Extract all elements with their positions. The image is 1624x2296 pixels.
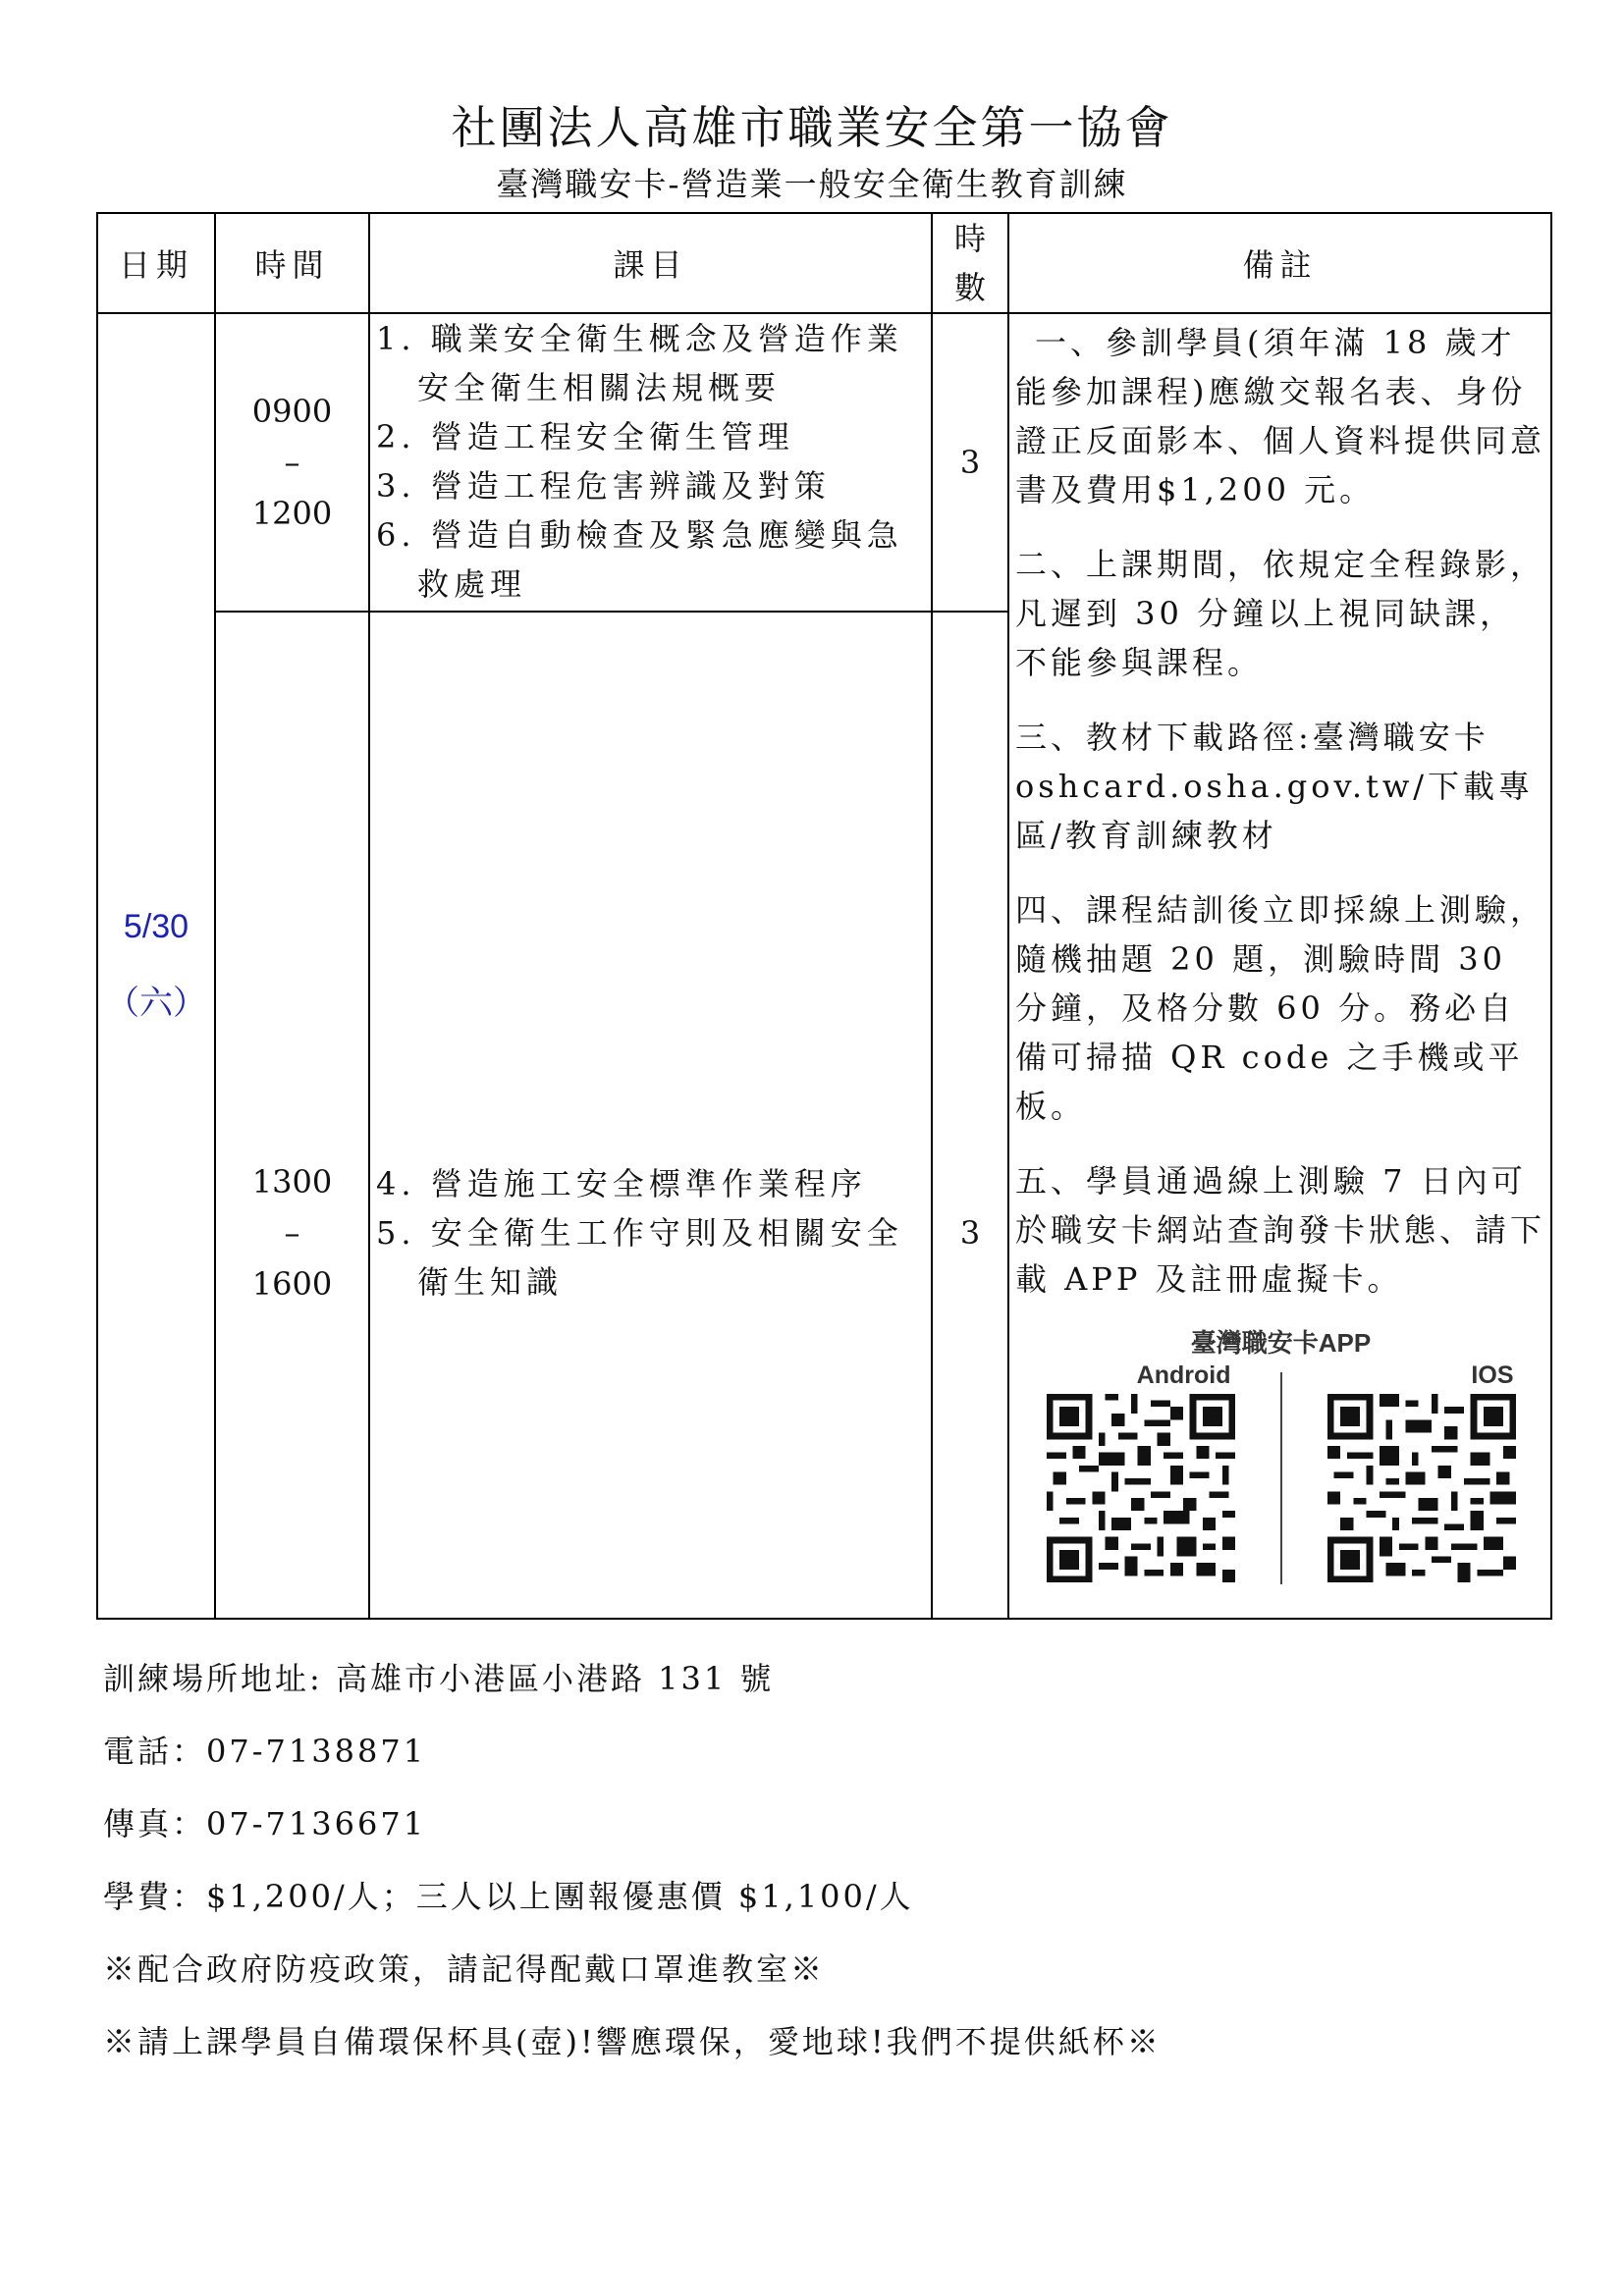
weekday-value: （六） (98, 976, 214, 1024)
header-hours: 時 數 (932, 213, 1008, 313)
note-item: 一、參訓學員(須年滿 18 歲才能參加課程)應繳交報名表、身份證正反面影本、個人… (1015, 318, 1546, 514)
header-course: 課目 (369, 213, 932, 313)
time-cell-afternoon: 1300 – 1600 (215, 612, 369, 1619)
course-item: 5. 安全衛生工作守則及相關安全衛生知識 (376, 1208, 925, 1307)
hours-cell-morning: 3 (932, 313, 1008, 612)
header-time: 時間 (215, 213, 369, 313)
phone-number: 電話：07-7138871 (103, 1732, 426, 1771)
app-download-block: 臺灣職安卡APP Android (1015, 1327, 1546, 1596)
note-item: 三、教材下載路徑:臺灣職安卡 oshcard.osha.gov.tw/下載專區/… (1015, 713, 1546, 860)
cup-notice: ※請上課學員自備環保杯具(壺)!響應環保，愛地球!我們不提供紙杯※ (103, 2022, 1162, 2061)
note-item: 五、學員通過線上測驗 7 日內可於職安卡網站查詢發卡狀態、請下載 APP 及註冊… (1015, 1156, 1546, 1304)
qr-divider (1280, 1372, 1282, 1584)
table-header-row: 日期 時間 課目 時 數 備註 (97, 213, 1551, 313)
schedule-table: 日期 時間 課目 時 數 備註 5/30 （六） 0900 – 1200 1. … (96, 212, 1552, 1620)
course-cell-afternoon: 4. 營造施工安全標準作業程序 5. 安全衛生工作守則及相關安全衛生知識 (369, 612, 932, 1619)
header-date: 日期 (97, 213, 215, 313)
tuition-fee: 學費：$1,200/人；三人以上團報優惠價 $1,100/人 (103, 1877, 914, 1916)
ios-label: IOS (1324, 1361, 1520, 1390)
android-qr-code-icon[interactable] (1047, 1394, 1235, 1582)
date-cell: 5/30 （六） (97, 313, 215, 1619)
mask-notice: ※配合政府防疫政策，請記得配戴口罩進教室※ (103, 1949, 825, 1989)
course-item: 4. 營造施工安全標準作業程序 (376, 1159, 925, 1208)
time-cell-morning: 0900 – 1200 (215, 313, 369, 612)
course-item: 2. 營造工程安全衛生管理 (376, 412, 925, 461)
course-item: 3. 營造工程危害辨識及對策 (376, 461, 925, 510)
note-item: 四、課程結訓後立即採線上測驗，隨機抽題 20 題，測驗時間 30 分鐘，及格分數… (1015, 885, 1546, 1131)
ios-qr-code-icon[interactable] (1327, 1394, 1516, 1582)
table-row: 5/30 （六） 0900 – 1200 1. 職業安全衛生概念及營造作業安全衛… (97, 313, 1551, 612)
android-label: Android (1043, 1361, 1239, 1390)
fax-number: 傳真：07-7136671 (103, 1804, 426, 1843)
course-item: 6. 營造自動檢查及緊急應變與急救處理 (376, 510, 925, 609)
hours-cell-afternoon: 3 (932, 612, 1008, 1619)
notes-cell: 一、參訓學員(須年滿 18 歲才能參加課程)應繳交報名表、身份證正反面影本、個人… (1008, 313, 1551, 1619)
course-cell-morning: 1. 職業安全衛生概念及營造作業安全衛生相關法規概要 2. 營造工程安全衛生管理… (369, 313, 932, 612)
app-title: 臺灣職安卡APP (1015, 1327, 1546, 1359)
date-value: 5/30 (98, 908, 214, 946)
header-notes: 備註 (1008, 213, 1551, 313)
training-address: 訓練場所地址: 高雄市小港區小港路 131 號 (103, 1659, 774, 1698)
course-item: 1. 職業安全衛生概念及營造作業安全衛生相關法規概要 (376, 314, 925, 412)
note-item: 二、上課期間，依規定全程錄影，凡遲到 30 分鐘以上視同缺課，不能參與課程。 (1015, 540, 1546, 687)
organization-title: 社團法人高雄市職業安全第一協會 (0, 98, 1624, 157)
course-subtitle: 臺灣職安卡-營造業一般安全衛生教育訓練 (0, 163, 1624, 206)
